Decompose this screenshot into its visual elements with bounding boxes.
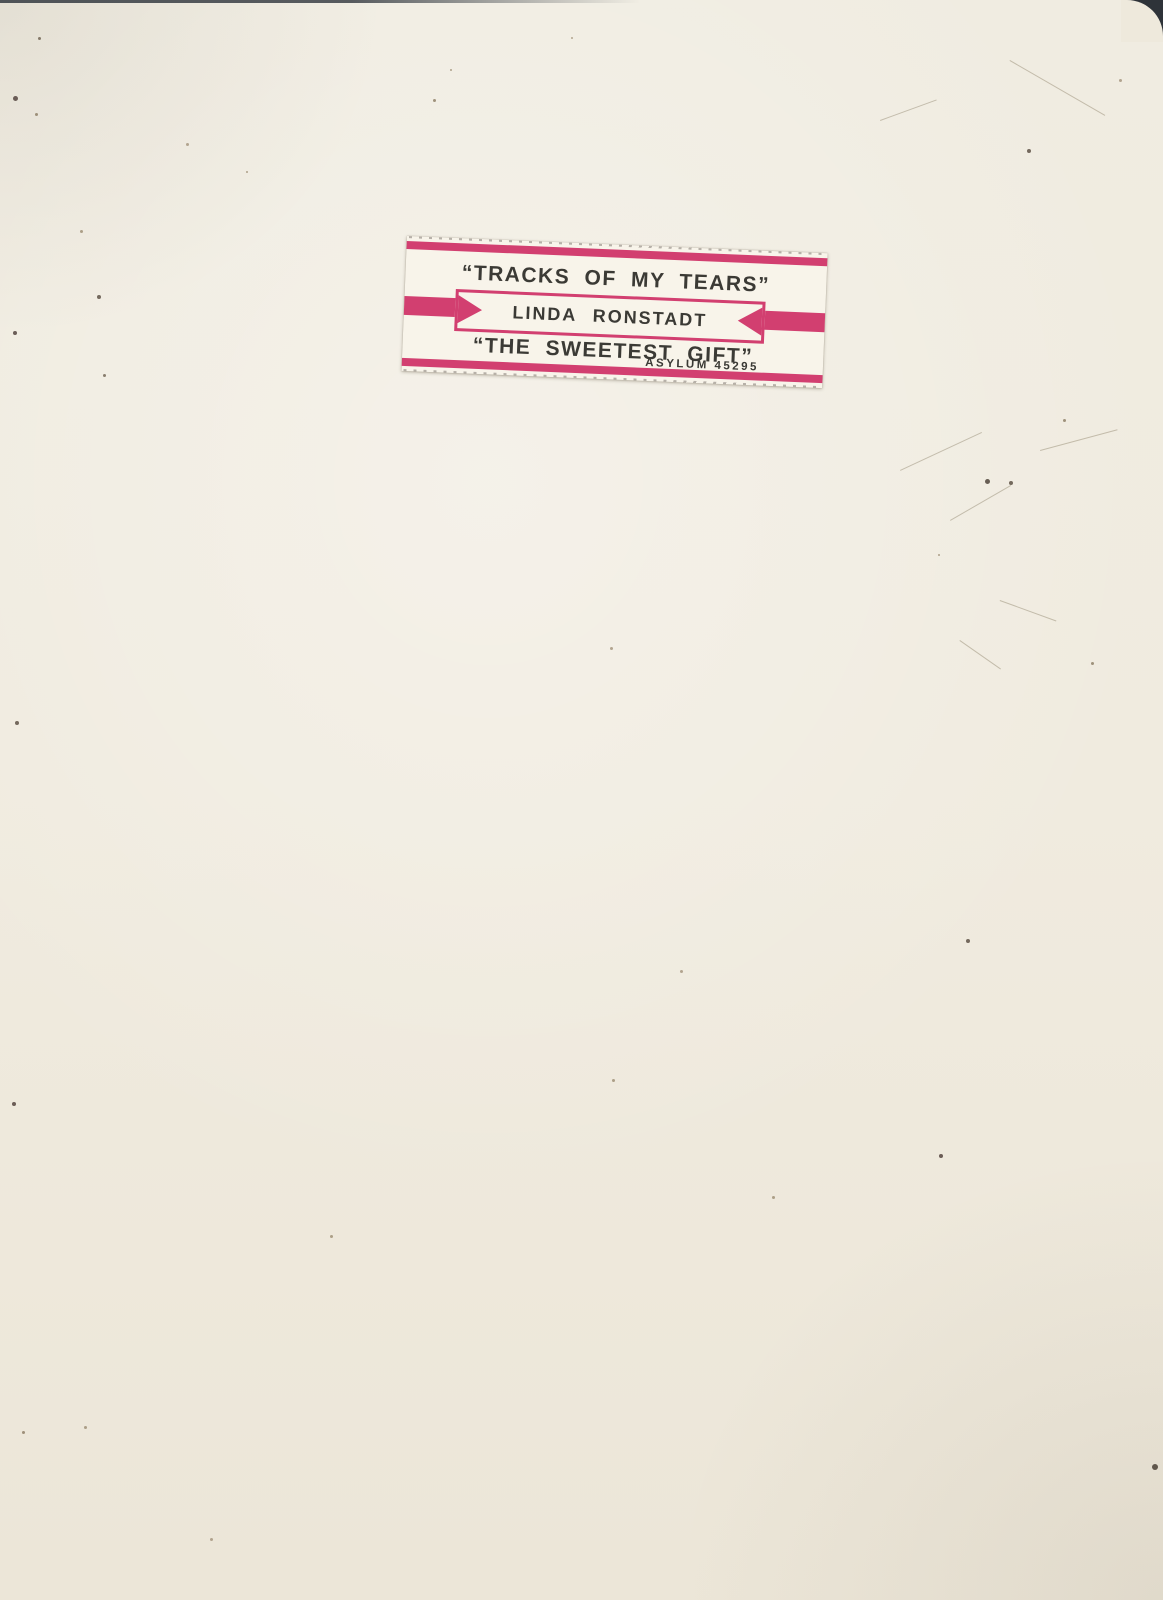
paper-speck xyxy=(571,37,573,39)
paper-speck xyxy=(1063,419,1066,422)
paper-scratch xyxy=(950,485,1011,521)
paper-scratch xyxy=(959,640,1001,669)
paper-speck xyxy=(939,1154,943,1158)
paper-speck xyxy=(22,1431,25,1434)
paper-speck xyxy=(772,1196,775,1199)
paper-background: “TRACKS OF MY TEARS” LINDA RONSTADT “THE… xyxy=(0,0,1163,1600)
paper-speck xyxy=(84,1426,87,1429)
paper-speck xyxy=(80,230,83,233)
paper-scratch xyxy=(1010,60,1106,116)
paper-speck xyxy=(1152,1464,1158,1470)
paper-speck xyxy=(433,99,436,102)
paper-speck xyxy=(938,554,940,556)
paper-speck xyxy=(966,939,970,943)
paper-speck xyxy=(210,1538,213,1541)
paper-speck xyxy=(97,295,101,299)
paper-speck xyxy=(13,331,17,335)
paper-scratch xyxy=(1000,600,1057,621)
paper-speck xyxy=(103,374,106,377)
photo-top-edge-shadow xyxy=(0,0,640,3)
paper-speck xyxy=(186,143,189,146)
paper-speck xyxy=(38,37,41,40)
paper-speck xyxy=(35,113,38,116)
paper-speck xyxy=(450,69,452,71)
paper-speck xyxy=(612,1079,615,1082)
paper-speck xyxy=(1027,149,1031,153)
paper-speck xyxy=(13,96,18,101)
paper-speck xyxy=(12,1102,16,1106)
paper-speck xyxy=(610,647,613,650)
paper-speck xyxy=(680,970,683,973)
paper-speck xyxy=(246,171,248,173)
paper-speck xyxy=(985,479,990,484)
paper-scratch xyxy=(1040,429,1118,451)
paper-speck xyxy=(1091,662,1094,665)
paper-speck xyxy=(15,721,19,725)
paper-speck xyxy=(1119,79,1122,82)
paper-speck xyxy=(330,1235,333,1238)
paper-scratch xyxy=(900,432,982,471)
jukebox-title-strip: “TRACKS OF MY TEARS” LINDA RONSTADT “THE… xyxy=(401,236,827,388)
paper-scratch xyxy=(880,99,937,120)
